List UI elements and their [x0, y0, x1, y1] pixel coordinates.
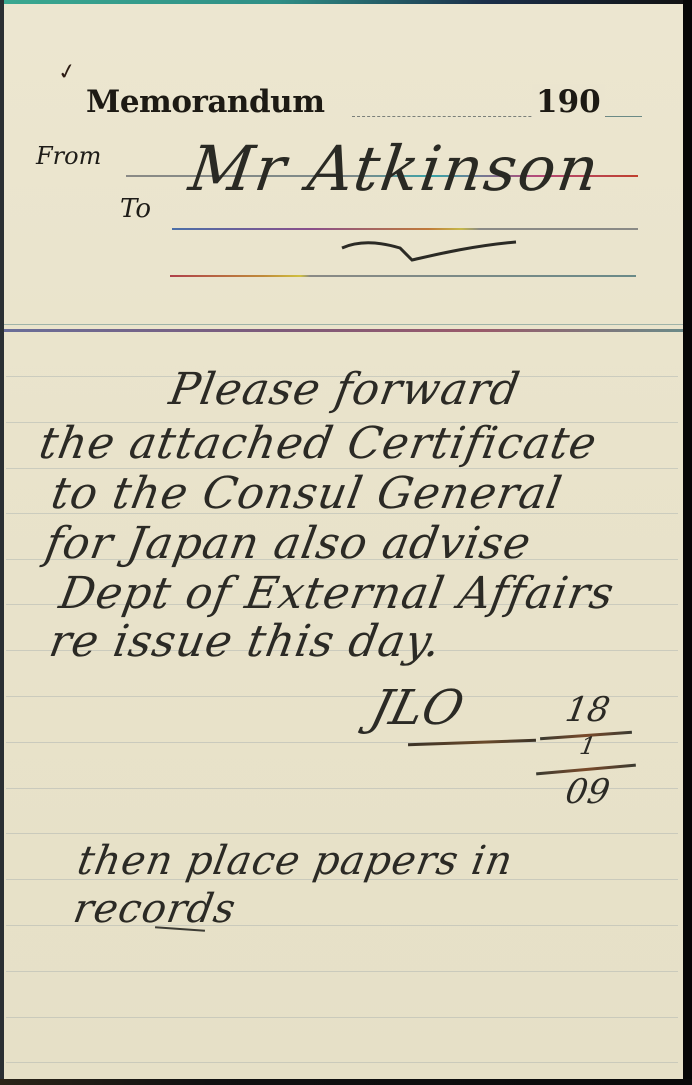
ruled-line — [6, 1062, 678, 1063]
date-month: 1 — [578, 732, 598, 760]
postscript-line: then place papers in — [74, 838, 517, 884]
right-edge — [683, 0, 692, 1085]
memo-title: Memorandum — [86, 84, 325, 120]
date-year: 09 — [562, 772, 612, 812]
ruled-line — [6, 971, 678, 972]
date-line-end — [606, 115, 642, 117]
memo-header: ✓ Memorandum 190 — [86, 84, 646, 124]
top-edge — [0, 0, 692, 4]
date-day: 18 — [562, 690, 612, 730]
ruled-line — [6, 1017, 678, 1018]
to-label: To — [120, 194, 151, 224]
body-line: Dept of External Affairs — [56, 568, 619, 619]
from-label: From — [36, 142, 101, 170]
header-divider — [4, 322, 683, 333]
bottom-edge — [0, 1079, 692, 1085]
postscript-line: records — [70, 886, 240, 932]
address-line — [170, 275, 636, 277]
signature-date: 18 1 09 — [536, 690, 636, 840]
body-line: for Japan also advise — [42, 518, 536, 569]
body-line: re issue this day. — [46, 616, 446, 667]
flourish-icon — [340, 238, 520, 262]
body-line: to the Consul General — [48, 468, 567, 519]
body-line: Please forward — [166, 364, 524, 415]
left-edge — [0, 0, 4, 1085]
body-line: the attached Certificate — [36, 418, 601, 469]
recipient-name: Mr Atkinson — [185, 132, 605, 205]
signature-initials: JLO — [365, 680, 469, 736]
year-prefix: 190 — [532, 84, 605, 120]
to-line — [172, 228, 638, 230]
